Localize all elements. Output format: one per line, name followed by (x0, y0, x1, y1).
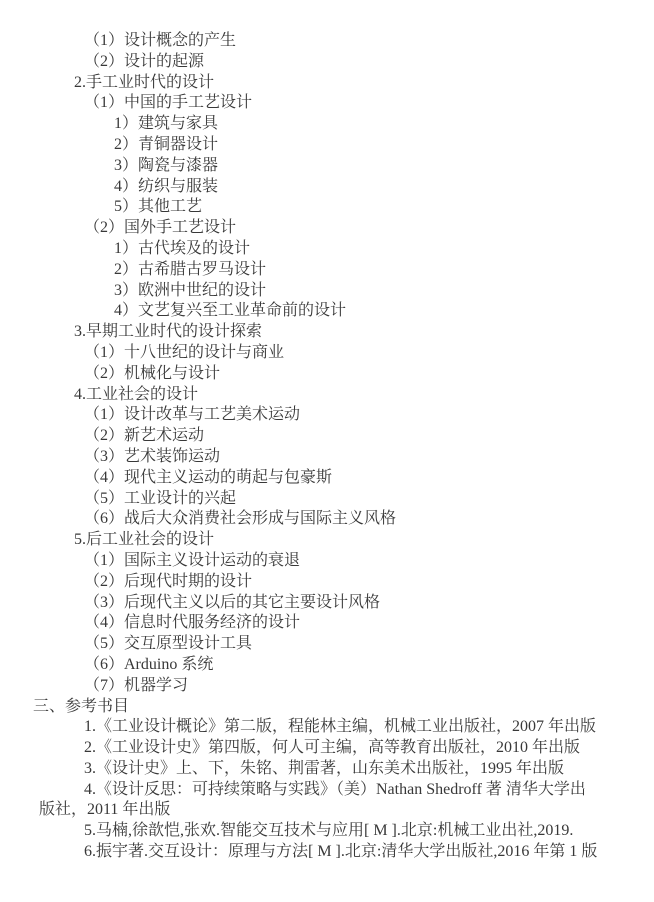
text-line: 5.马楠,徐歆恺,张欢.智能交互技术与应用[ M ].北京:机械工业出社,201… (0, 821, 654, 842)
text-line: （2）新艺术运动 (0, 426, 654, 447)
text-line: 4）纺织与服装 (0, 177, 654, 198)
document-body: （1）设计概念的产生（2）设计的起源2.手工业时代的设计（1）中国的手工艺设计1… (0, 31, 654, 863)
text-line: （1）中国的手工艺设计 (0, 93, 654, 114)
text-line: （3）后现代主义以后的其它主要设计风格 (0, 593, 654, 614)
text-line: 2.手工业时代的设计 (0, 73, 654, 94)
text-line: （6）Arduino 系统 (0, 655, 654, 676)
text-line: 2.《工业设计史》第四版，何人可主编，高等教育出版社，2010 年出版 (0, 738, 654, 759)
text-line: 2）青铜器设计 (0, 135, 654, 156)
text-line: （6）战后大众消费社会形成与国际主义风格 (0, 509, 654, 530)
text-line: （1）设计改革与工艺美术运动 (0, 405, 654, 426)
text-line: 4）文艺复兴至工业革命前的设计 (0, 301, 654, 322)
text-line: （5）交互原型设计工具 (0, 634, 654, 655)
text-line: （1）设计概念的产生 (0, 31, 654, 52)
text-line: 4.《设计反思：可持续策略与实践》（美）Nathan Shedroff 著 清华… (0, 780, 654, 801)
text-line: （2）国外手工艺设计 (0, 218, 654, 239)
document-page: （1）设计概念的产生（2）设计的起源2.手工业时代的设计（1）中国的手工艺设计1… (0, 0, 654, 902)
text-line: （2）后现代时期的设计 (0, 572, 654, 593)
text-line: 2）古希腊古罗马设计 (0, 260, 654, 281)
text-line: 6.振宇著.交互设计：原理与方法[ M ].北京:清华大学出版社,2016 年第… (0, 842, 654, 863)
text-line: （2）机械化与设计 (0, 364, 654, 385)
text-line: （3）艺术装饰运动 (0, 447, 654, 468)
text-line: （5）工业设计的兴起 (0, 489, 654, 510)
text-line: （2）设计的起源 (0, 52, 654, 73)
text-line: （4）现代主义运动的萌起与包豪斯 (0, 468, 654, 489)
text-line: 3）陶瓷与漆器 (0, 156, 654, 177)
text-line: （1）国际主义设计运动的衰退 (0, 551, 654, 572)
text-line: 3.《设计史》上、下，朱铭、荆雷著，山东美术出版社，1995 年出版 (0, 759, 654, 780)
text-line: 1.《工业设计概论》第二版，程能林主编，机械工业出版社，2007 年出版 (0, 717, 654, 738)
text-line: 1）建筑与家具 (0, 114, 654, 135)
text-line: 3）欧洲中世纪的设计 (0, 281, 654, 302)
text-line: （7）机器学习 (0, 676, 654, 697)
text-line: 3.早期工业时代的设计探索 (0, 322, 654, 343)
text-line: 4.工业社会的设计 (0, 385, 654, 406)
text-line: （4）信息时代服务经济的设计 (0, 613, 654, 634)
text-line: 版社，2011 年出版 (0, 800, 654, 821)
text-line: （1）十八世纪的设计与商业 (0, 343, 654, 364)
text-line: 5.后工业社会的设计 (0, 530, 654, 551)
text-line: 5）其他工艺 (0, 197, 654, 218)
text-line: 1）古代埃及的设计 (0, 239, 654, 260)
text-line: 三、参考书目 (0, 697, 654, 718)
